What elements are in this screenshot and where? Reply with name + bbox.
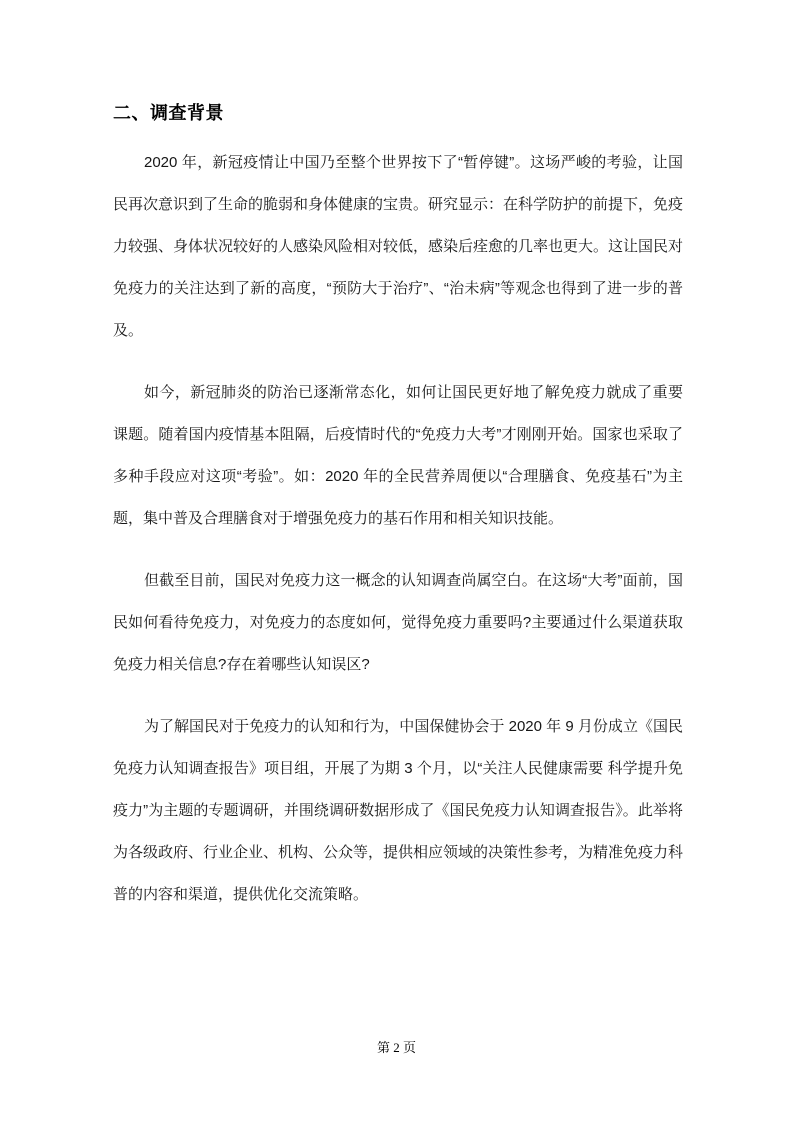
document-page: 二、调查背景 2020 年，新冠疫情让中国乃至整个世界按下了“暂停键”。这场严峻… (0, 0, 793, 1122)
section-heading: 二、调查背景 (113, 99, 683, 128)
body-paragraph-1: 2020 年，新冠疫情让中国乃至整个世界按下了“暂停键”。这场严峻的考验，让国民… (113, 142, 683, 352)
body-paragraph-4: 为了解国民对于免疫力的认知和行为，中国保健协会于 2020 年 9 月份成立《国… (113, 706, 683, 916)
page-footer: 第 2 页 (0, 1037, 793, 1056)
body-paragraph-2: 如今，新冠肺炎的防治已逐渐常态化，如何让国民更好地了解免疫力就成了重要课题。随着… (113, 372, 683, 540)
page-number: 第 2 页 (377, 1040, 416, 1055)
document-body: 二、调查背景 2020 年，新冠疫情让中国乃至整个世界按下了“暂停键”。这场严峻… (113, 99, 683, 936)
body-paragraph-3: 但截至目前，国民对免疫力这一概念的认知调查尚属空白。在这场“大考”面前，国民如何… (113, 560, 683, 686)
